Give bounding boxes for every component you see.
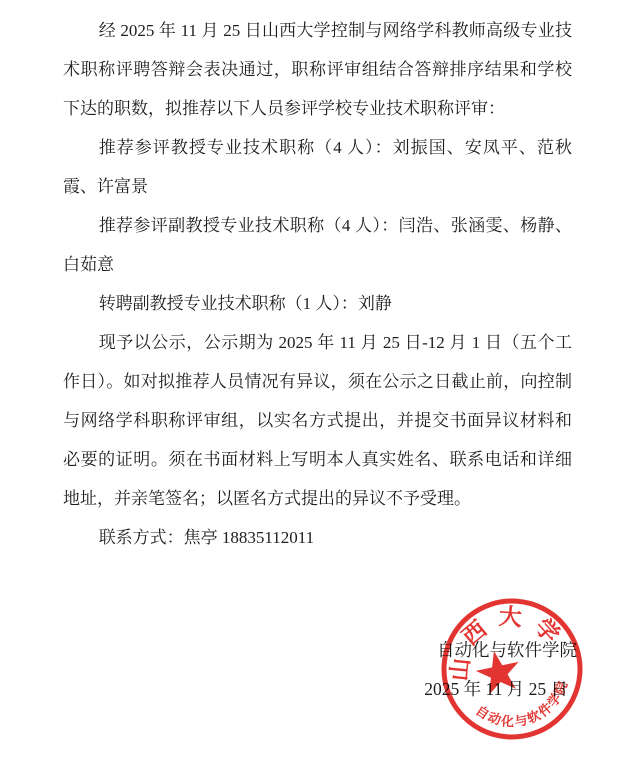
paragraph-contact-info: 联系方式：焦亭 18835112011 <box>63 518 572 557</box>
paragraph-professor-list: 推荐参评教授专业技术职称（4 人）：刘振国、安凤平、范秋霞、许富景 <box>63 128 572 206</box>
paragraph-associate-professor-list: 推荐参评副教授专业技术职称（4 人）：闫浩、张涵雯、杨静、白茹意 <box>63 206 572 284</box>
official-seal: 山西大学 自动化与软件学院 <box>427 584 597 754</box>
paragraph-publicity-notice: 现予以公示，公示期为 2025 年 11 月 25 日-12 月 1 日（五个工… <box>63 323 572 518</box>
paragraph-transfer-list: 转聘副教授专业技术职称（1 人）：刘静 <box>63 284 572 323</box>
signature-organization: 自动化与软件学院 <box>437 638 577 662</box>
signature-date: 2025 年 11 月 25 日 <box>424 677 568 701</box>
paragraph-intro: 经 2025 年 11 月 25 日山西大学控制与网络学科教师高级专业技术职称评… <box>63 11 572 128</box>
document-body: 经 2025 年 11 月 25 日山西大学控制与网络学科教师高级专业技术职称评… <box>63 11 572 557</box>
seal-ring <box>427 584 597 754</box>
document-page: 经 2025 年 11 月 25 日山西大学控制与网络学科教师高级专业技术职称评… <box>0 0 631 767</box>
